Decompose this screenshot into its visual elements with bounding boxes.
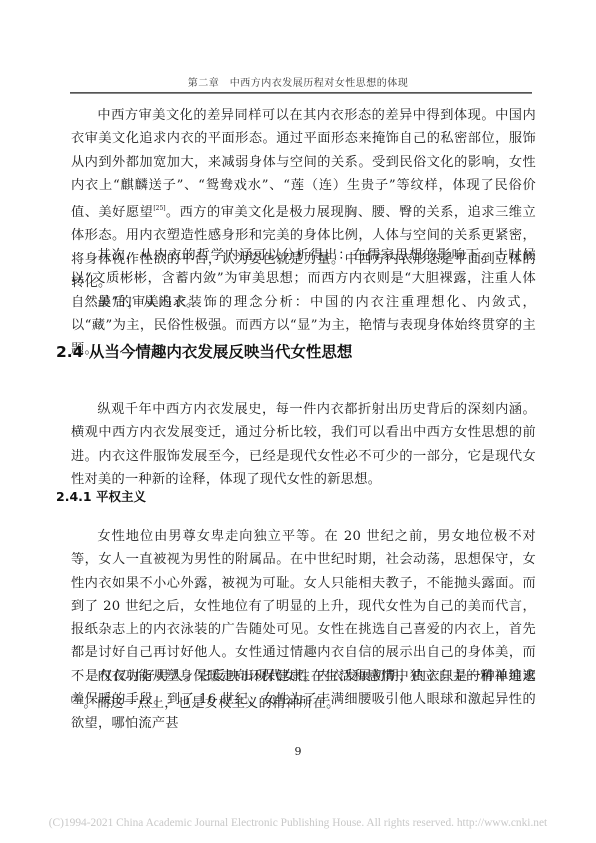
section-heading-2-4: 2.4 从当今情趣内衣发展反映当代女性思想 <box>56 340 352 362</box>
running-header: 第二章 中西方内衣发展历程对女性思想的体现 <box>0 74 596 89</box>
page-number: 9 <box>0 745 596 758</box>
paragraph-text: 中西方审美文化的差异同样可以在其内衣形态的差异中得到体现。中国内衣审美文化追求内… <box>71 108 536 220</box>
paragraph-function: 内衣功能从塑身保暖走向环保健康。内衣发展初期，内衣只是一种单纯遮羞保暖的手段。到… <box>71 665 536 735</box>
paragraph-section-intro: 纵观千年中西方内衣发展史，每一件内衣都折射出历史背后的深刻内涵。横观中西方内衣发… <box>71 398 536 491</box>
citation-25[interactable]: [25] <box>153 205 165 212</box>
paragraph-text: 女性地位由男尊女卑走向独立平等。在 20 世纪之前，男女地位极不对等，女人一直被… <box>71 529 536 684</box>
header-divider <box>70 92 532 94</box>
copyright-footer: (C)1994-2021 China Academic Journal Elec… <box>0 817 596 829</box>
subsection-heading-2-4-1: 2.4.1 平权主义 <box>56 487 146 505</box>
